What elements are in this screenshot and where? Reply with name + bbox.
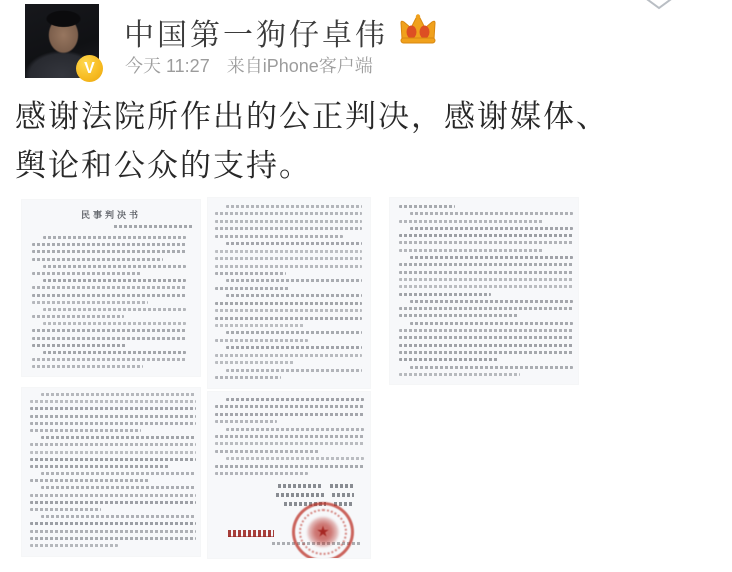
document-text <box>390 198 578 376</box>
judgment-photo-3[interactable] <box>390 198 578 384</box>
document-text-line <box>226 346 362 349</box>
document-text-line <box>215 324 305 327</box>
document-text-line <box>215 465 364 468</box>
document-text-line <box>215 227 362 230</box>
document-text-line <box>410 212 573 215</box>
document-text-line <box>226 369 362 372</box>
judgment-photo-4[interactable] <box>22 388 200 556</box>
post-content: 感谢法院所作出的公正判决，感谢媒体、 舆论和公众的支持。 <box>15 92 720 190</box>
document-text-line <box>215 376 281 379</box>
document-text-line <box>32 358 186 361</box>
document-text-line <box>399 249 543 252</box>
document-text-line <box>32 329 186 332</box>
document-text-line <box>215 265 362 268</box>
court-seal-icon: ★ <box>292 502 354 558</box>
document-text-line <box>43 322 186 325</box>
document-text-line <box>399 285 573 288</box>
chevron-down-icon[interactable] <box>642 0 676 11</box>
document-text <box>22 388 200 547</box>
document-text-line <box>226 457 364 460</box>
document-text-line <box>30 544 118 547</box>
document-text-line <box>226 398 364 401</box>
document-text-line <box>30 443 196 446</box>
document-text-line <box>32 258 163 261</box>
document-text-line <box>30 422 196 425</box>
weibo-post: V 中国第一狗仔卓伟 今天 11:27来自iPhone客户端 感谢法院所作出的公… <box>0 0 732 572</box>
document-text-line <box>43 279 186 282</box>
judge-signature-line <box>270 484 354 488</box>
document-text-line <box>32 250 186 253</box>
vip-crown-icon <box>397 13 439 44</box>
document-text-line <box>41 393 196 396</box>
document-text-line <box>215 220 362 223</box>
document-text-line <box>43 265 186 268</box>
judgment-photo-5[interactable]: ★ <box>208 392 370 558</box>
document-text-line <box>215 317 362 320</box>
document-text-line <box>399 307 573 310</box>
document-text-line <box>215 354 362 357</box>
username[interactable]: 中国第一狗仔卓伟 <box>124 10 388 54</box>
document-text-line <box>43 236 186 239</box>
judgment-title: 民事判决书 <box>22 208 200 221</box>
post-time: 今天 11:27 <box>125 56 210 76</box>
document-text-line <box>410 366 573 369</box>
document-text-line <box>215 257 362 260</box>
document-text-line <box>399 263 573 266</box>
document-text-line <box>41 436 196 439</box>
document-text <box>22 236 200 368</box>
document-text-line <box>30 451 196 454</box>
document-text-line <box>30 501 196 504</box>
document-text-line <box>30 479 150 482</box>
document-text-line <box>226 294 362 297</box>
document-text <box>208 392 370 475</box>
judge-signature-line <box>268 493 354 497</box>
document-text-line <box>30 494 196 497</box>
case-number-line <box>114 225 192 228</box>
document-text-line <box>215 309 362 312</box>
document-text-line <box>399 205 455 208</box>
document-text-line <box>30 407 196 410</box>
document-text-line <box>226 428 364 431</box>
document-text-line <box>215 435 364 438</box>
document-text-line <box>215 450 320 453</box>
document-text-line <box>32 344 126 347</box>
document-text-line <box>43 351 186 354</box>
document-text-line <box>215 361 295 364</box>
document-text-line <box>399 293 491 296</box>
document-text-line <box>226 205 362 208</box>
judgment-photo-1[interactable]: 民事判决书 <box>22 200 200 376</box>
document-text-line <box>399 271 573 274</box>
post-meta: 今天 11:27来自iPhone客户端 <box>125 52 373 78</box>
document-text-line <box>226 331 362 334</box>
post-source-link[interactable]: 来自iPhone客户端 <box>227 56 373 76</box>
document-text-line <box>32 315 124 318</box>
document-text-line <box>410 300 573 303</box>
document-text-line <box>30 429 141 432</box>
document-text-line <box>41 486 196 489</box>
verified-v-badge-icon: V <box>76 55 103 82</box>
document-text-line <box>32 286 186 289</box>
document-text-line <box>215 212 362 215</box>
document-text <box>208 198 370 379</box>
document-text-line <box>30 522 196 525</box>
document-text-line <box>399 336 573 339</box>
document-text-line <box>215 339 308 342</box>
document-text-line <box>399 373 520 376</box>
document-text-line <box>32 365 143 368</box>
document-text-line <box>215 272 286 275</box>
document-text-line <box>215 287 289 290</box>
judgment-photo-2[interactable] <box>208 198 370 388</box>
document-text-line <box>410 322 573 325</box>
document-text-line <box>30 465 169 468</box>
document-text-line <box>30 415 196 418</box>
document-text-line <box>32 337 186 340</box>
document-text-line <box>32 294 186 297</box>
document-text-line <box>43 308 186 311</box>
document-text-line <box>215 413 364 416</box>
document-text-line <box>215 235 343 238</box>
post-content-line: 感谢法院所作出的公正判决，感谢媒体、 <box>15 92 720 141</box>
document-text-line <box>215 250 362 253</box>
document-text-line <box>41 472 196 475</box>
document-text-line <box>32 301 148 304</box>
document-text-line <box>399 241 573 244</box>
document-text-line <box>32 243 186 246</box>
document-text-line <box>215 472 308 475</box>
document-text-line <box>215 420 277 423</box>
post-content-line: 舆论和公众的支持。 <box>15 141 720 190</box>
document-text-line <box>30 458 196 461</box>
document-text-line <box>410 256 573 259</box>
document-text-line <box>30 537 196 540</box>
document-text-line <box>30 400 196 403</box>
document-text-line <box>410 227 573 230</box>
document-text-line <box>399 358 499 361</box>
red-stamp-text <box>228 530 274 537</box>
document-text-line <box>399 344 573 347</box>
document-text-line <box>215 442 364 445</box>
document-text-line <box>399 278 573 281</box>
signature-block <box>268 484 354 506</box>
document-text-line <box>399 234 573 237</box>
document-text-line <box>32 272 142 275</box>
document-text-line <box>399 314 518 317</box>
document-text-line <box>226 279 362 282</box>
document-text-line <box>215 405 364 408</box>
document-text-line <box>41 515 196 518</box>
document-text-line <box>30 530 196 533</box>
document-text-line <box>399 220 543 223</box>
document-text-line <box>215 302 362 305</box>
document-text-line <box>399 329 573 332</box>
document-text-line <box>226 242 362 245</box>
document-text-line <box>30 508 101 511</box>
document-text-line <box>399 351 573 354</box>
